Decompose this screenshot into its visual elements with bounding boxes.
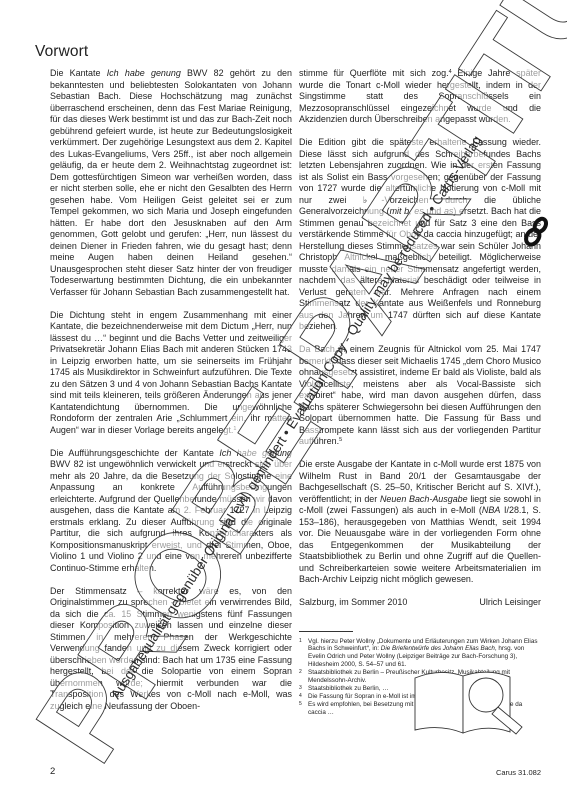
footnote-text: Vgl. hierzu Peter Wollny „Dokumente und … bbox=[308, 638, 541, 670]
document-page: Vorwort Die Kantate Ich habe genung BWV … bbox=[0, 0, 567, 800]
author-name: Ulrich Leisinger bbox=[479, 597, 541, 609]
paragraph: Der Stimmensatz – korrekter wäre es, von… bbox=[50, 586, 292, 713]
footnote: 2Staatsbibliothek zu Berlin – Preußische… bbox=[299, 669, 541, 685]
catalog-number: Carus 31.082 bbox=[496, 768, 541, 777]
footnote-text: Staatsbibliothek zu Berlin, … bbox=[308, 685, 541, 693]
signature-line: Salzburg, im Sommer 2010 Ulrich Leisinge… bbox=[299, 597, 541, 609]
paragraph: Da Bach in einem Zeugnis für Altnickol v… bbox=[299, 344, 541, 448]
footnote: 1Vgl. hierzu Peter Wollny „Dokumente und… bbox=[299, 638, 541, 670]
footnote: 3Staatsbibliothek zu Berlin, … bbox=[299, 685, 541, 693]
paragraph: Die Kantate Ich habe genung BWV 82 gehör… bbox=[50, 68, 292, 298]
paragraph: Die Aufführungsgeschichte der Kantate Ic… bbox=[50, 448, 292, 575]
footnote-text: Es wird empfohlen, bei Besetzung mit Bas… bbox=[308, 701, 541, 717]
paragraph: Die Edition gibt die späteste erhaltene … bbox=[299, 137, 541, 333]
place-date: Salzburg, im Sommer 2010 bbox=[299, 597, 407, 609]
footnote-number: 2 bbox=[299, 669, 308, 685]
left-text-column: Die Kantate Ich habe genung BWV 82 gehör… bbox=[50, 68, 292, 712]
page-number: 2 bbox=[50, 766, 55, 777]
footnote: 4Die Fassung für Sopran in e-Moll ist im… bbox=[299, 693, 541, 701]
footnote-divider bbox=[299, 631, 353, 632]
footnote-text: Staatsbibliothek zu Berlin – Preußischer… bbox=[308, 669, 541, 685]
footnotes: 1Vgl. hierzu Peter Wollny „Dokumente und… bbox=[299, 638, 541, 717]
paragraph: Die Dichtung steht in engem Zusammenhang… bbox=[50, 310, 292, 437]
right-text-column: stimme für Querflöte mit sich zog.4 Eini… bbox=[299, 68, 541, 717]
footnote-number: 1 bbox=[299, 638, 308, 670]
footnote-number: 5 bbox=[299, 701, 308, 717]
page-title: Vorwort bbox=[35, 43, 88, 61]
footnote-number: 3 bbox=[299, 685, 308, 693]
footnote-number: 4 bbox=[299, 693, 308, 701]
paragraph: Die erste Ausgabe der Kantate in c-Moll … bbox=[299, 459, 541, 586]
footnote-text: Die Fassung für Sopran in e-Moll ist im … bbox=[308, 693, 541, 701]
footnote: 5Es wird empfohlen, bei Besetzung mit Ba… bbox=[299, 701, 541, 717]
paragraph: stimme für Querflöte mit sich zog.4 Eini… bbox=[299, 68, 541, 126]
